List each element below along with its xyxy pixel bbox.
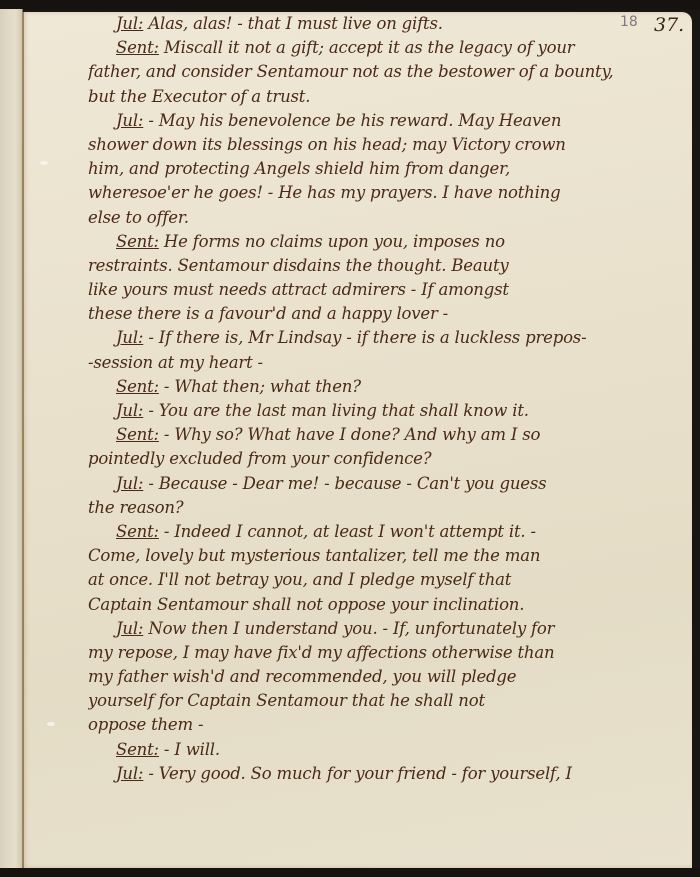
manuscript-line: Captain Sentamour shall not oppose your … (88, 593, 688, 617)
manuscript-line: Jul: Now then I understand you. - If, un… (88, 617, 688, 641)
line-text: else to offer. (88, 208, 189, 227)
line-text: at once. I'll not betray you, and I pled… (88, 570, 511, 589)
line-text: - What then; what then? (159, 377, 361, 396)
facing-page-edge (0, 9, 23, 869)
manuscript-line: Sent: - I will. (88, 738, 688, 762)
line-text: He forms no claims upon you, imposes no (159, 232, 505, 251)
line-text: -session at my heart - (88, 353, 263, 372)
manuscript-line: Jul: - If there is, Mr Lindsay - if ther… (88, 326, 688, 350)
manuscript-line: father, and consider Sentamour not as th… (88, 60, 688, 84)
binding-gutter (22, 12, 24, 868)
line-text: but the Executor of a trust. (88, 87, 310, 106)
line-text: - I will. (159, 740, 220, 759)
manuscript-line: Sent: He forms no claims upon you, impos… (88, 230, 688, 254)
manuscript-line: Sent: - Why so? What have I done? And wh… (88, 423, 688, 447)
line-text: - Why so? What have I done? And why am I… (159, 425, 540, 444)
line-text: my father wish'd and recommended, you wi… (88, 667, 516, 686)
manuscript-line: Sent: - Indeed I cannot, at least I won'… (88, 520, 688, 544)
manuscript-line: pointedly excluded from your confidence? (88, 447, 688, 471)
speaker-label: Sent: (116, 232, 159, 251)
line-text: - Indeed I cannot, at least I won't atte… (159, 522, 536, 541)
manuscript-line: else to offer. (88, 206, 688, 230)
line-text: these there is a favour'd and a happy lo… (88, 304, 448, 323)
line-text: Come, lovely but mysterious tantalizer, … (88, 546, 540, 565)
manuscript-line: Jul: - May his benevolence be his reward… (88, 109, 688, 133)
line-text: - You are the last man living that shall… (143, 401, 529, 420)
line-text: shower down its blessings on his head; m… (88, 135, 566, 154)
scan-border-bottom (0, 868, 700, 877)
manuscript-line: Come, lovely but mysterious tantalizer, … (88, 544, 688, 568)
paper-hole (47, 722, 55, 726)
manuscript-line: but the Executor of a trust. (88, 85, 688, 109)
line-text: - May his benevolence be his reward. May… (143, 111, 561, 130)
speaker-label: Sent: (116, 38, 159, 57)
line-text: like yours must needs attract admirers -… (88, 280, 509, 299)
line-text: - If there is, Mr Lindsay - if there is … (143, 328, 586, 347)
manuscript-line: yourself for Captain Sentamour that he s… (88, 689, 688, 713)
line-text: Miscall it not a gift; accept it as the … (159, 38, 575, 57)
manuscript-line: Sent: - What then; what then? (88, 375, 688, 399)
speaker-label: Jul: (116, 619, 143, 638)
manuscript-line: Jul: Alas, alas! - that I must live on g… (88, 12, 688, 36)
manuscript-line: Jul: - You are the last man living that … (88, 399, 688, 423)
speaker-label: Sent: (116, 740, 159, 759)
line-text: pointedly excluded from your confidence? (88, 449, 431, 468)
paper-hole (40, 161, 48, 165)
manuscript-line: these there is a favour'd and a happy lo… (88, 302, 688, 326)
manuscript-line: my father wish'd and recommended, you wi… (88, 665, 688, 689)
manuscript-line: restraints. Sentamour disdains the thoug… (88, 254, 688, 278)
manuscript-line: wheresoe'er he goes! - He has my prayers… (88, 181, 688, 205)
speaker-label: Sent: (116, 377, 159, 396)
manuscript-line: at once. I'll not betray you, and I pled… (88, 568, 688, 592)
manuscript-text: Jul: Alas, alas! - that I must live on g… (88, 12, 688, 786)
line-text: restraints. Sentamour disdains the thoug… (88, 256, 509, 275)
line-text: him, and protecting Angels shield him fr… (88, 159, 510, 178)
speaker-label: Jul: (116, 764, 143, 783)
manuscript-line: oppose them - (88, 713, 688, 737)
manuscript-line: him, and protecting Angels shield him fr… (88, 157, 688, 181)
speaker-label: Sent: (116, 522, 159, 541)
line-text: father, and consider Sentamour not as th… (88, 62, 613, 81)
line-text: Alas, alas! - that I must live on gifts. (143, 14, 442, 33)
manuscript-line: Jul: - Because - Dear me! - because - Ca… (88, 472, 688, 496)
speaker-label: Jul: (116, 111, 143, 130)
speaker-label: Jul: (116, 328, 143, 347)
manuscript-line: -session at my heart - (88, 351, 688, 375)
line-text: Captain Sentamour shall not oppose your … (88, 595, 524, 614)
speaker-label: Sent: (116, 425, 159, 444)
manuscript-line: like yours must needs attract admirers -… (88, 278, 688, 302)
line-text: Now then I understand you. - If, unfortu… (143, 619, 554, 638)
line-text: - Because - Dear me! - because - Can't y… (143, 474, 546, 493)
speaker-label: Jul: (116, 14, 143, 33)
line-text: wheresoe'er he goes! - He has my prayers… (88, 183, 560, 202)
manuscript-line: the reason? (88, 496, 688, 520)
manuscript-line: shower down its blessings on his head; m… (88, 133, 688, 157)
line-text: yourself for Captain Sentamour that he s… (88, 691, 485, 710)
manuscript-line: my repose, I may have fix'd my affection… (88, 641, 688, 665)
line-text: my repose, I may have fix'd my affection… (88, 643, 554, 662)
speaker-label: Jul: (116, 401, 143, 420)
speaker-label: Jul: (116, 474, 143, 493)
scan-border-top (0, 0, 700, 10)
manuscript-line: Sent: Miscall it not a gift; accept it a… (88, 36, 688, 60)
line-text: the reason? (88, 498, 183, 517)
line-text: oppose them - (88, 715, 203, 734)
line-text: - Very good. So much for your friend - f… (143, 764, 572, 783)
manuscript-line: Jul: - Very good. So much for your frien… (88, 762, 688, 786)
